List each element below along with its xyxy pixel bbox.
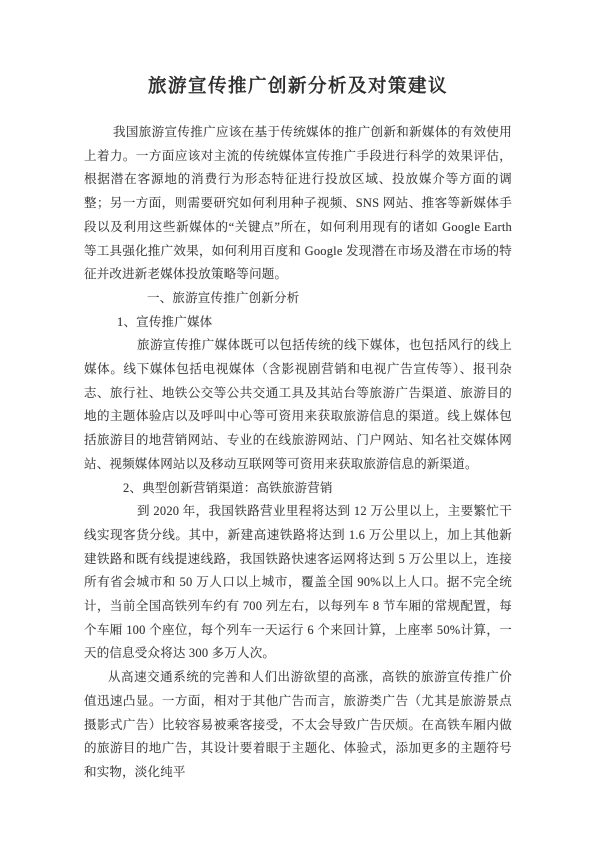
- sub-heading-promotion-media: 1、宣传推广媒体: [84, 311, 512, 335]
- document-title: 旅游宣传推广创新分析及对策建议: [84, 74, 512, 100]
- document-page: 旅游宣传推广创新分析及对策建议 我国旅游宣传推广应该在基于传统媒体的推广创新和新…: [0, 0, 595, 842]
- paragraph-promotion-media: 旅游宣传推广媒体既可以包括传统的线下媒体，也包括风行的线上媒体。线下媒体包括电视…: [84, 334, 512, 476]
- paragraph-railway-statistics: 到 2020 年，我国铁路营业里程将达到 12 万公里以上，主要繁忙干线实现客货…: [84, 500, 512, 666]
- section-heading-innovation-analysis: 一、旅游宣传推广创新分析: [84, 287, 512, 311]
- paragraph-intro: 我国旅游宣传推广应该在基于传统媒体的推广创新和新媒体的有效使用上着力。一方面应该…: [84, 121, 512, 287]
- sub-heading-high-speed-rail-marketing: 2、典型创新营销渠道：高铁旅游营销: [84, 477, 512, 501]
- paragraph-rail-advertising-value: 从高速交通系统的完善和人们出游欲望的高涨，高铁的旅游宣传推广价值迅速凸显。一方面…: [84, 666, 512, 785]
- document-viewport: { "document": { "title": "旅游宣传推广创新分析及对策建…: [0, 0, 595, 842]
